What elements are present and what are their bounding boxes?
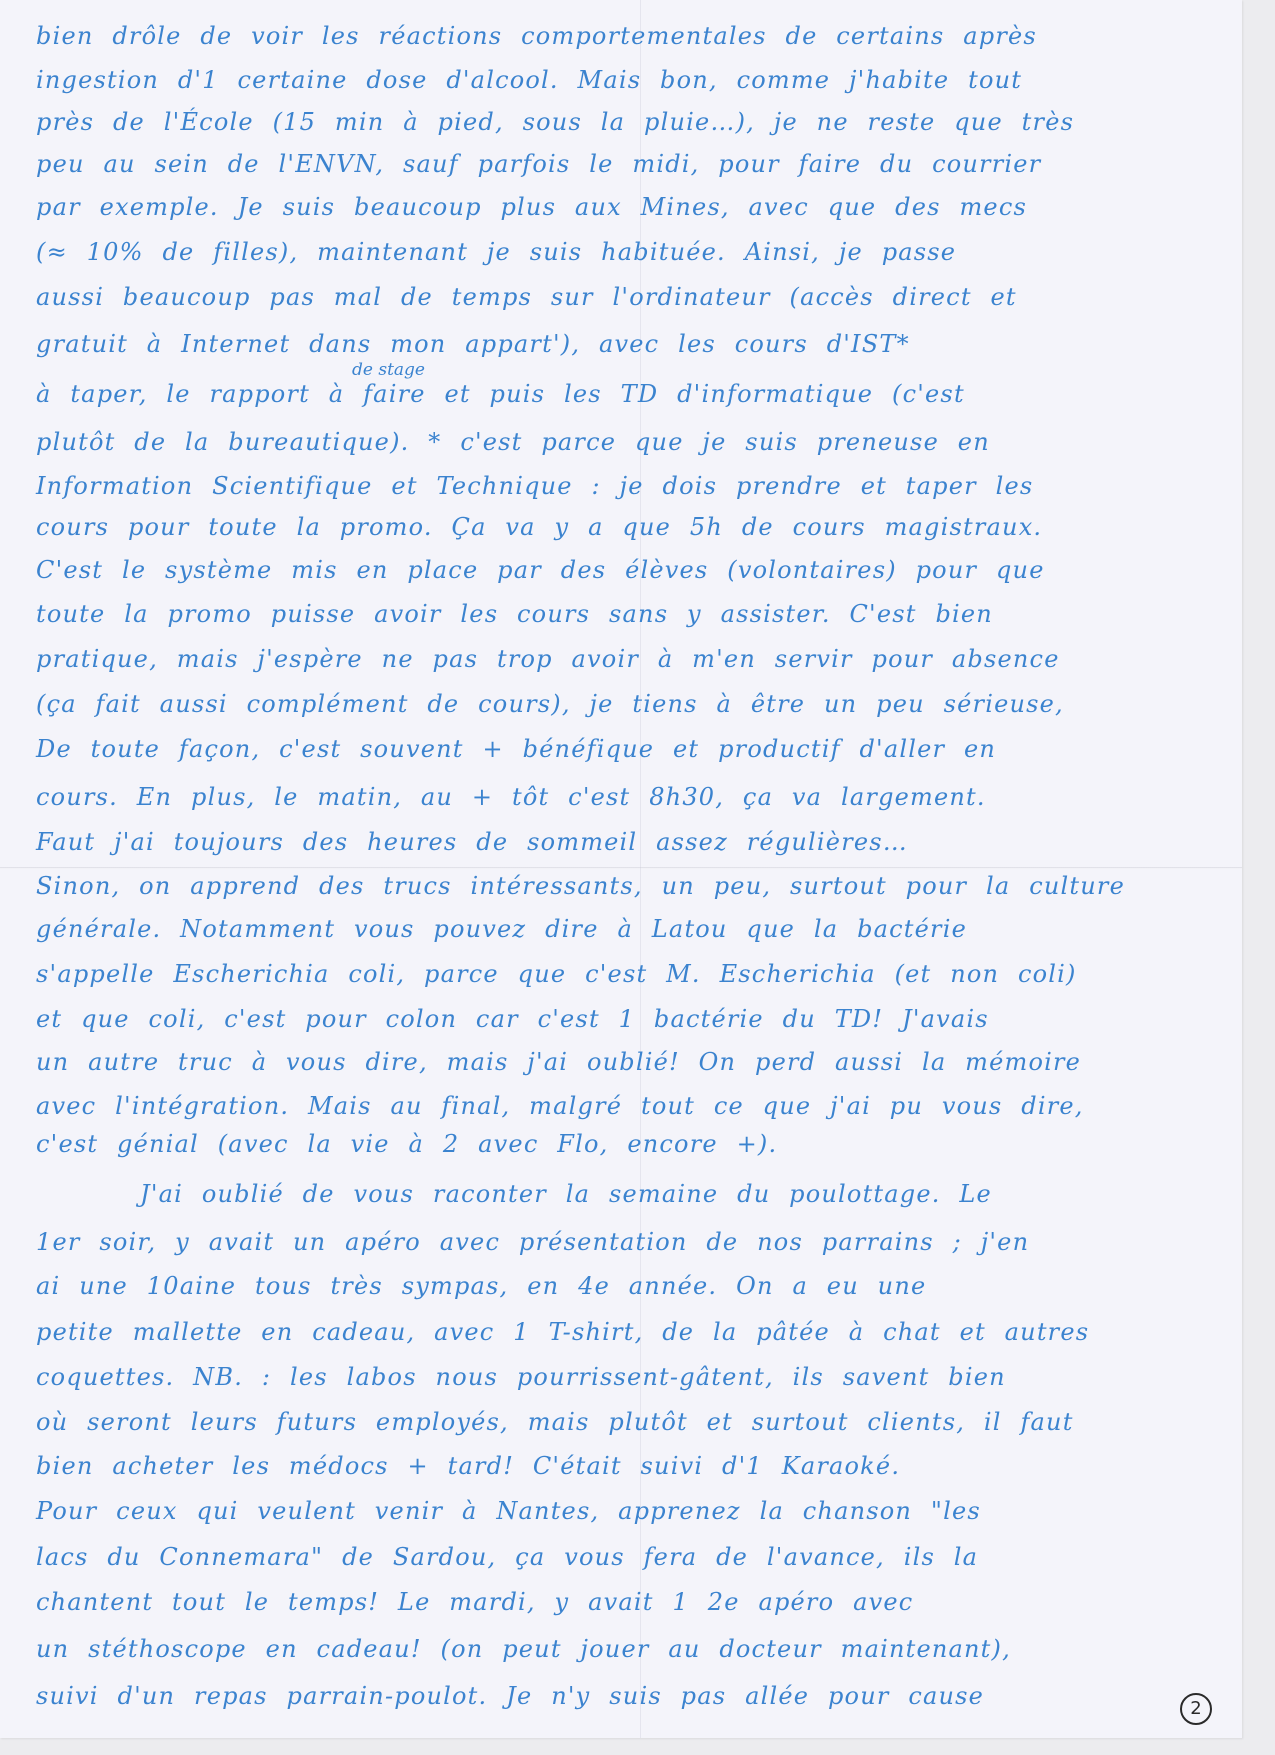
letter-line: toute la promo puisse avoir les cours sa… bbox=[36, 600, 1182, 628]
letter-line: J'ai oublié de vous raconter la semaine … bbox=[140, 1180, 1182, 1208]
letter-line: plutôt de la bureautique). * c'est parce… bbox=[36, 428, 1182, 456]
letter-line: par exemple. Je suis beaucoup plus aux M… bbox=[36, 193, 1182, 221]
letter-line: gratuit à Internet dans mon appart'), av… bbox=[36, 330, 1182, 358]
letter-line: avec l'intégration. Mais au final, malgr… bbox=[36, 1092, 1182, 1120]
letter-line: peu au sein de l'ENVN, sauf parfois le m… bbox=[36, 150, 1182, 178]
letter-line: C'est le système mis en place par des él… bbox=[36, 556, 1182, 584]
letter-line: ingestion d'1 certaine dose d'alcool. Ma… bbox=[36, 66, 1182, 94]
letter-line: s'appelle Escherichia coli, parce que c'… bbox=[36, 960, 1182, 988]
page-number-circle: 2 bbox=[1180, 1693, 1212, 1725]
letter-line: Pour ceux qui veulent venir à Nantes, ap… bbox=[36, 1497, 1182, 1525]
letter-line: bien drôle de voir les réactions comport… bbox=[36, 22, 1182, 50]
letter-line: lacs du Connemara" de Sardou, ça vous fe… bbox=[36, 1543, 1182, 1571]
letter-line: De toute façon, c'est souvent + bénéfiqu… bbox=[36, 735, 1182, 763]
letter-line: chantent tout le temps! Le mardi, y avai… bbox=[36, 1588, 1182, 1616]
letter-line: coquettes. NB. : les labos nous pourriss… bbox=[36, 1363, 1182, 1391]
letter-line: petite mallette en cadeau, avec 1 T-shir… bbox=[36, 1318, 1182, 1346]
horizontal-fold-crease bbox=[0, 867, 1242, 869]
letter-line: où seront leurs futurs employés, mais pl… bbox=[36, 1408, 1182, 1436]
letter-line: cours. En plus, le matin, au + tôt c'est… bbox=[36, 783, 1182, 811]
letter-line: (≈ 10% de filles), maintenant je suis ha… bbox=[36, 238, 1182, 266]
letter-line: générale. Notamment vous pouvez dire à L… bbox=[36, 915, 1182, 943]
letter-line: Information Scientifique et Technique : … bbox=[36, 472, 1182, 500]
inserted-note: de stage bbox=[352, 360, 425, 380]
letter-line: c'est génial (avec la vie à 2 avec Flo, … bbox=[36, 1130, 1182, 1158]
letter-line: pratique, mais j'espère ne pas trop avoi… bbox=[36, 645, 1182, 673]
letter-line: Faut j'ai toujours des heures de sommeil… bbox=[36, 828, 1182, 856]
letter-line: près de l'École (15 min à pied, sous la … bbox=[36, 108, 1182, 136]
letter-line: bien acheter les médocs + tard! C'était … bbox=[36, 1452, 1182, 1480]
letter-line: 1er soir, y avait un apéro avec présenta… bbox=[36, 1228, 1182, 1256]
letter-line: et que coli, c'est pour colon car c'est … bbox=[36, 1005, 1182, 1033]
letter-line: cours pour toute la promo. Ça va y a que… bbox=[36, 513, 1182, 541]
letter-line: Sinon, on apprend des trucs intéressants… bbox=[36, 872, 1182, 900]
letter-line: suivi d'un repas parrain-poulot. Je n'y … bbox=[36, 1682, 1182, 1710]
letter-line: à taper, le rapport à faire et puis les … bbox=[36, 380, 1182, 408]
letter-line: aussi beaucoup pas mal de temps sur l'or… bbox=[36, 283, 1182, 311]
letter-line: ai une 10aine tous très sympas, en 4e an… bbox=[36, 1272, 1182, 1300]
letter-line: (ça fait aussi complément de cours), je … bbox=[36, 690, 1182, 718]
letter-line: un stéthoscope en cadeau! (on peut jouer… bbox=[36, 1635, 1182, 1663]
letter-line: un autre truc à vous dire, mais j'ai oub… bbox=[36, 1048, 1182, 1076]
letter-page: bien drôle de voir les réactions comport… bbox=[0, 0, 1242, 1738]
